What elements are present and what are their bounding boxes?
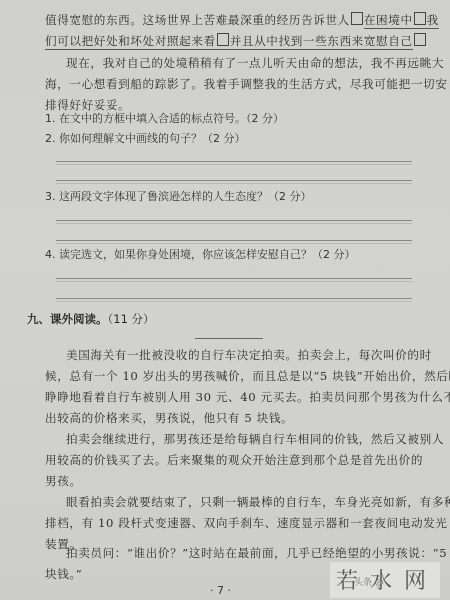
passage2-p2-line2: 用较高的价钱买了去。后来聚集的观众开始注意到那个总是首先出价的 [45, 452, 415, 468]
passage2-p2-line3: 男孩。 [45, 473, 415, 489]
passage2-p1-line4: 出较高的价格来买，男孩说，他只有 5 块钱。 [45, 410, 415, 426]
page-number: · 7 · [210, 584, 231, 597]
passage1-line-4: 海，一心想看到船的踪影了。我着手调整我的生活方式，尽我可能把一切安 [45, 76, 415, 92]
question-3: 3. 这两段文字体现了鲁滨逊怎样的人生态度？（2 分） [45, 189, 312, 205]
underlined-text: 们可以把好处和坏处对照起来看 [45, 34, 216, 48]
question-4: 4. 读完选文，如果你身处困境，你应该怎样安慰自己？（2 分） [45, 247, 356, 263]
underlined-text: 我 [427, 13, 439, 27]
passage1-line-1: 值得宽慰的东西。这场世界上苦难最深重的经历告诉世人在困境中我 [45, 12, 415, 28]
question-number: 3. [45, 190, 56, 203]
answer-line[interactable] [56, 161, 412, 162]
question-text: 你如何理解文中画线的句子？（2 分） [59, 132, 246, 145]
passage1-line-2: 们可以把好处和坏处对照起来看并且从中找到一些东西来宽慰自己 [45, 33, 415, 49]
passage2-p1-line1: 美国海关有一批被没收的自行车决定拍卖。拍卖会上，每次叫价的时 [66, 347, 416, 363]
question-2: 2. 你如何理解文中画线的句子？（2 分） [45, 131, 246, 147]
question-number: 2. [45, 132, 56, 145]
punctuation-box[interactable] [414, 33, 426, 46]
question-text: 在文中的方框中填入合适的标点符号。（2 分） [59, 112, 284, 125]
underlined-text: 并且从中找到一些东西来宽慰自己 [230, 34, 413, 48]
answer-line[interactable] [56, 240, 412, 241]
answer-line[interactable] [56, 180, 412, 181]
section-title: 九、课外阅读。 [27, 312, 108, 326]
punctuation-box[interactable] [351, 12, 363, 25]
question-number: 4. [45, 248, 56, 261]
question-text: 这两段文字体现了鲁滨逊怎样的人生态度？（2 分） [59, 190, 312, 203]
answer-line[interactable] [56, 278, 412, 279]
section-points: （11 分） [108, 312, 155, 326]
passage2-p3-line1: 眼看拍卖会就要结束了，只剩一辆最棒的自行车，车身光亮如新，有多种 [66, 494, 416, 510]
passage2-p1-line3: 睁睁地看着自行车被别人用 30 元、40 元买去。拍卖员问那个男孩为什么不 [45, 389, 415, 405]
watermark: 若水网 头条 @ [330, 562, 440, 598]
answer-line[interactable] [56, 220, 412, 221]
punctuation-box[interactable] [217, 33, 229, 46]
passage2-p1-line2: 候，总有一个 10 岁出头的男孩喊价，而且总是以“5 块钱”开始出价，然后眼 [45, 368, 415, 384]
passage1-line-3: 现在，我对自己的处境稍稍有了一点儿听天由命的想法，我不再远眺大 [66, 55, 416, 71]
watermark-text: 若水网 [336, 564, 438, 595]
title-placeholder-rule [195, 338, 263, 339]
question-1: 1. 在文中的方框中填入合适的标点符号。（2 分） [45, 111, 284, 127]
punctuation-box[interactable] [414, 12, 426, 25]
question-number: 1. [45, 112, 56, 125]
question-text: 读完选文，如果你身处困境，你应该怎样安慰自己？（2 分） [59, 248, 356, 261]
passage2-p2-line1: 拍卖会继续进行，那男孩还是给每辆自行车相同的价钱，然后又被别人 [66, 431, 416, 447]
answer-line[interactable] [56, 298, 412, 299]
passage2-p4-line1: 拍卖员问：“谁出价？”这时站在最前面，几乎已经绝望的小男孩说：“5 [66, 545, 416, 561]
passage2-p3-line2: 排档，有 10 段杆式变速器、双向手刹车、速度显示器和一套夜间电动发光 [45, 515, 415, 531]
underlined-text: 在困境中 [364, 13, 413, 27]
watermark-subtext: 头条 @ [354, 575, 384, 588]
text: 值得宽慰的东西。这场世界上苦难最深重的经历告诉世人 [45, 13, 350, 27]
section-heading: 九、课外阅读。（11 分） [27, 311, 155, 327]
